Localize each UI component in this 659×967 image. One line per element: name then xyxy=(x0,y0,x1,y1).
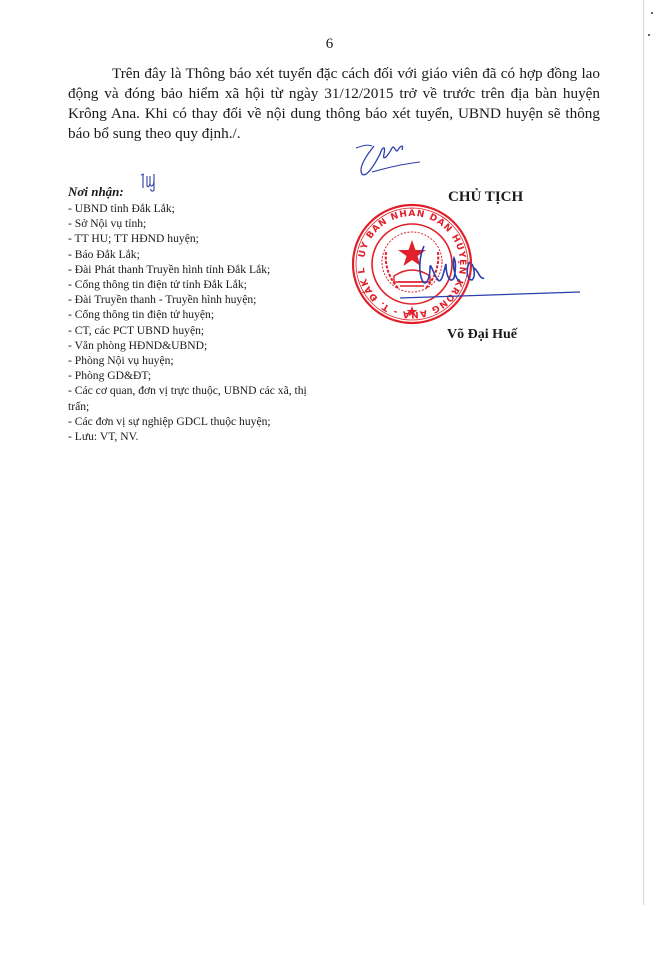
page-number: 6 xyxy=(0,36,659,53)
recipient-item: - TT HU; TT HĐND huyện; xyxy=(68,231,318,246)
recipient-item: - Phòng GD&ĐT; xyxy=(68,368,318,383)
recipient-item: - Phòng Nội vụ huyện; xyxy=(68,353,318,368)
recipient-item: - Lưu: VT, NV. xyxy=(68,429,318,444)
recipient-item: - Báo Đắk Lắk; xyxy=(68,247,318,262)
recipients-block: Nơi nhận: - UBND tỉnh Đắk Lắk; - Sở Nội … xyxy=(68,184,318,444)
signer-name: Võ Đại Huế xyxy=(447,327,517,343)
recipients-title: Nơi nhận: xyxy=(68,184,318,200)
recipient-item: - Sở Nội vụ tỉnh; xyxy=(68,216,318,231)
recipients-initials-icon xyxy=(138,172,160,192)
recipient-item: - Văn phòng HĐND&UBND; xyxy=(68,338,318,353)
recipient-item: - CT, các PCT UBND huyện; xyxy=(68,323,318,338)
recipient-item: - Cổng thông tin điện tử huyện; xyxy=(68,307,318,322)
recipient-item: - Cổng thông tin điện tử tỉnh Đắk Lắk; xyxy=(68,277,318,292)
recipient-item: - Đài Truyền thanh - Truyền hình huyện; xyxy=(68,292,318,307)
body-paragraph: Trên đây là Thông báo xét tuyển đặc cách… xyxy=(68,64,600,144)
recipient-item: - Đài Phát thanh Truyền hình tỉnh Đắk Lắ… xyxy=(68,262,318,277)
recipient-item: - Các cơ quan, đơn vị trực thuộc, UBND c… xyxy=(68,383,318,413)
scan-edge-line xyxy=(643,0,644,905)
scan-speck xyxy=(651,12,653,14)
recipient-item: - Các đơn vị sự nghiệp GDCL thuộc huyện; xyxy=(68,414,318,429)
recipient-item: - UBND tỉnh Đắk Lắk; xyxy=(68,201,318,216)
chairman-signature-icon xyxy=(400,240,580,310)
recipients-list: - UBND tỉnh Đắk Lắk; - Sở Nội vụ tỉnh; -… xyxy=(68,201,318,444)
initials-signature-icon xyxy=(352,136,422,178)
